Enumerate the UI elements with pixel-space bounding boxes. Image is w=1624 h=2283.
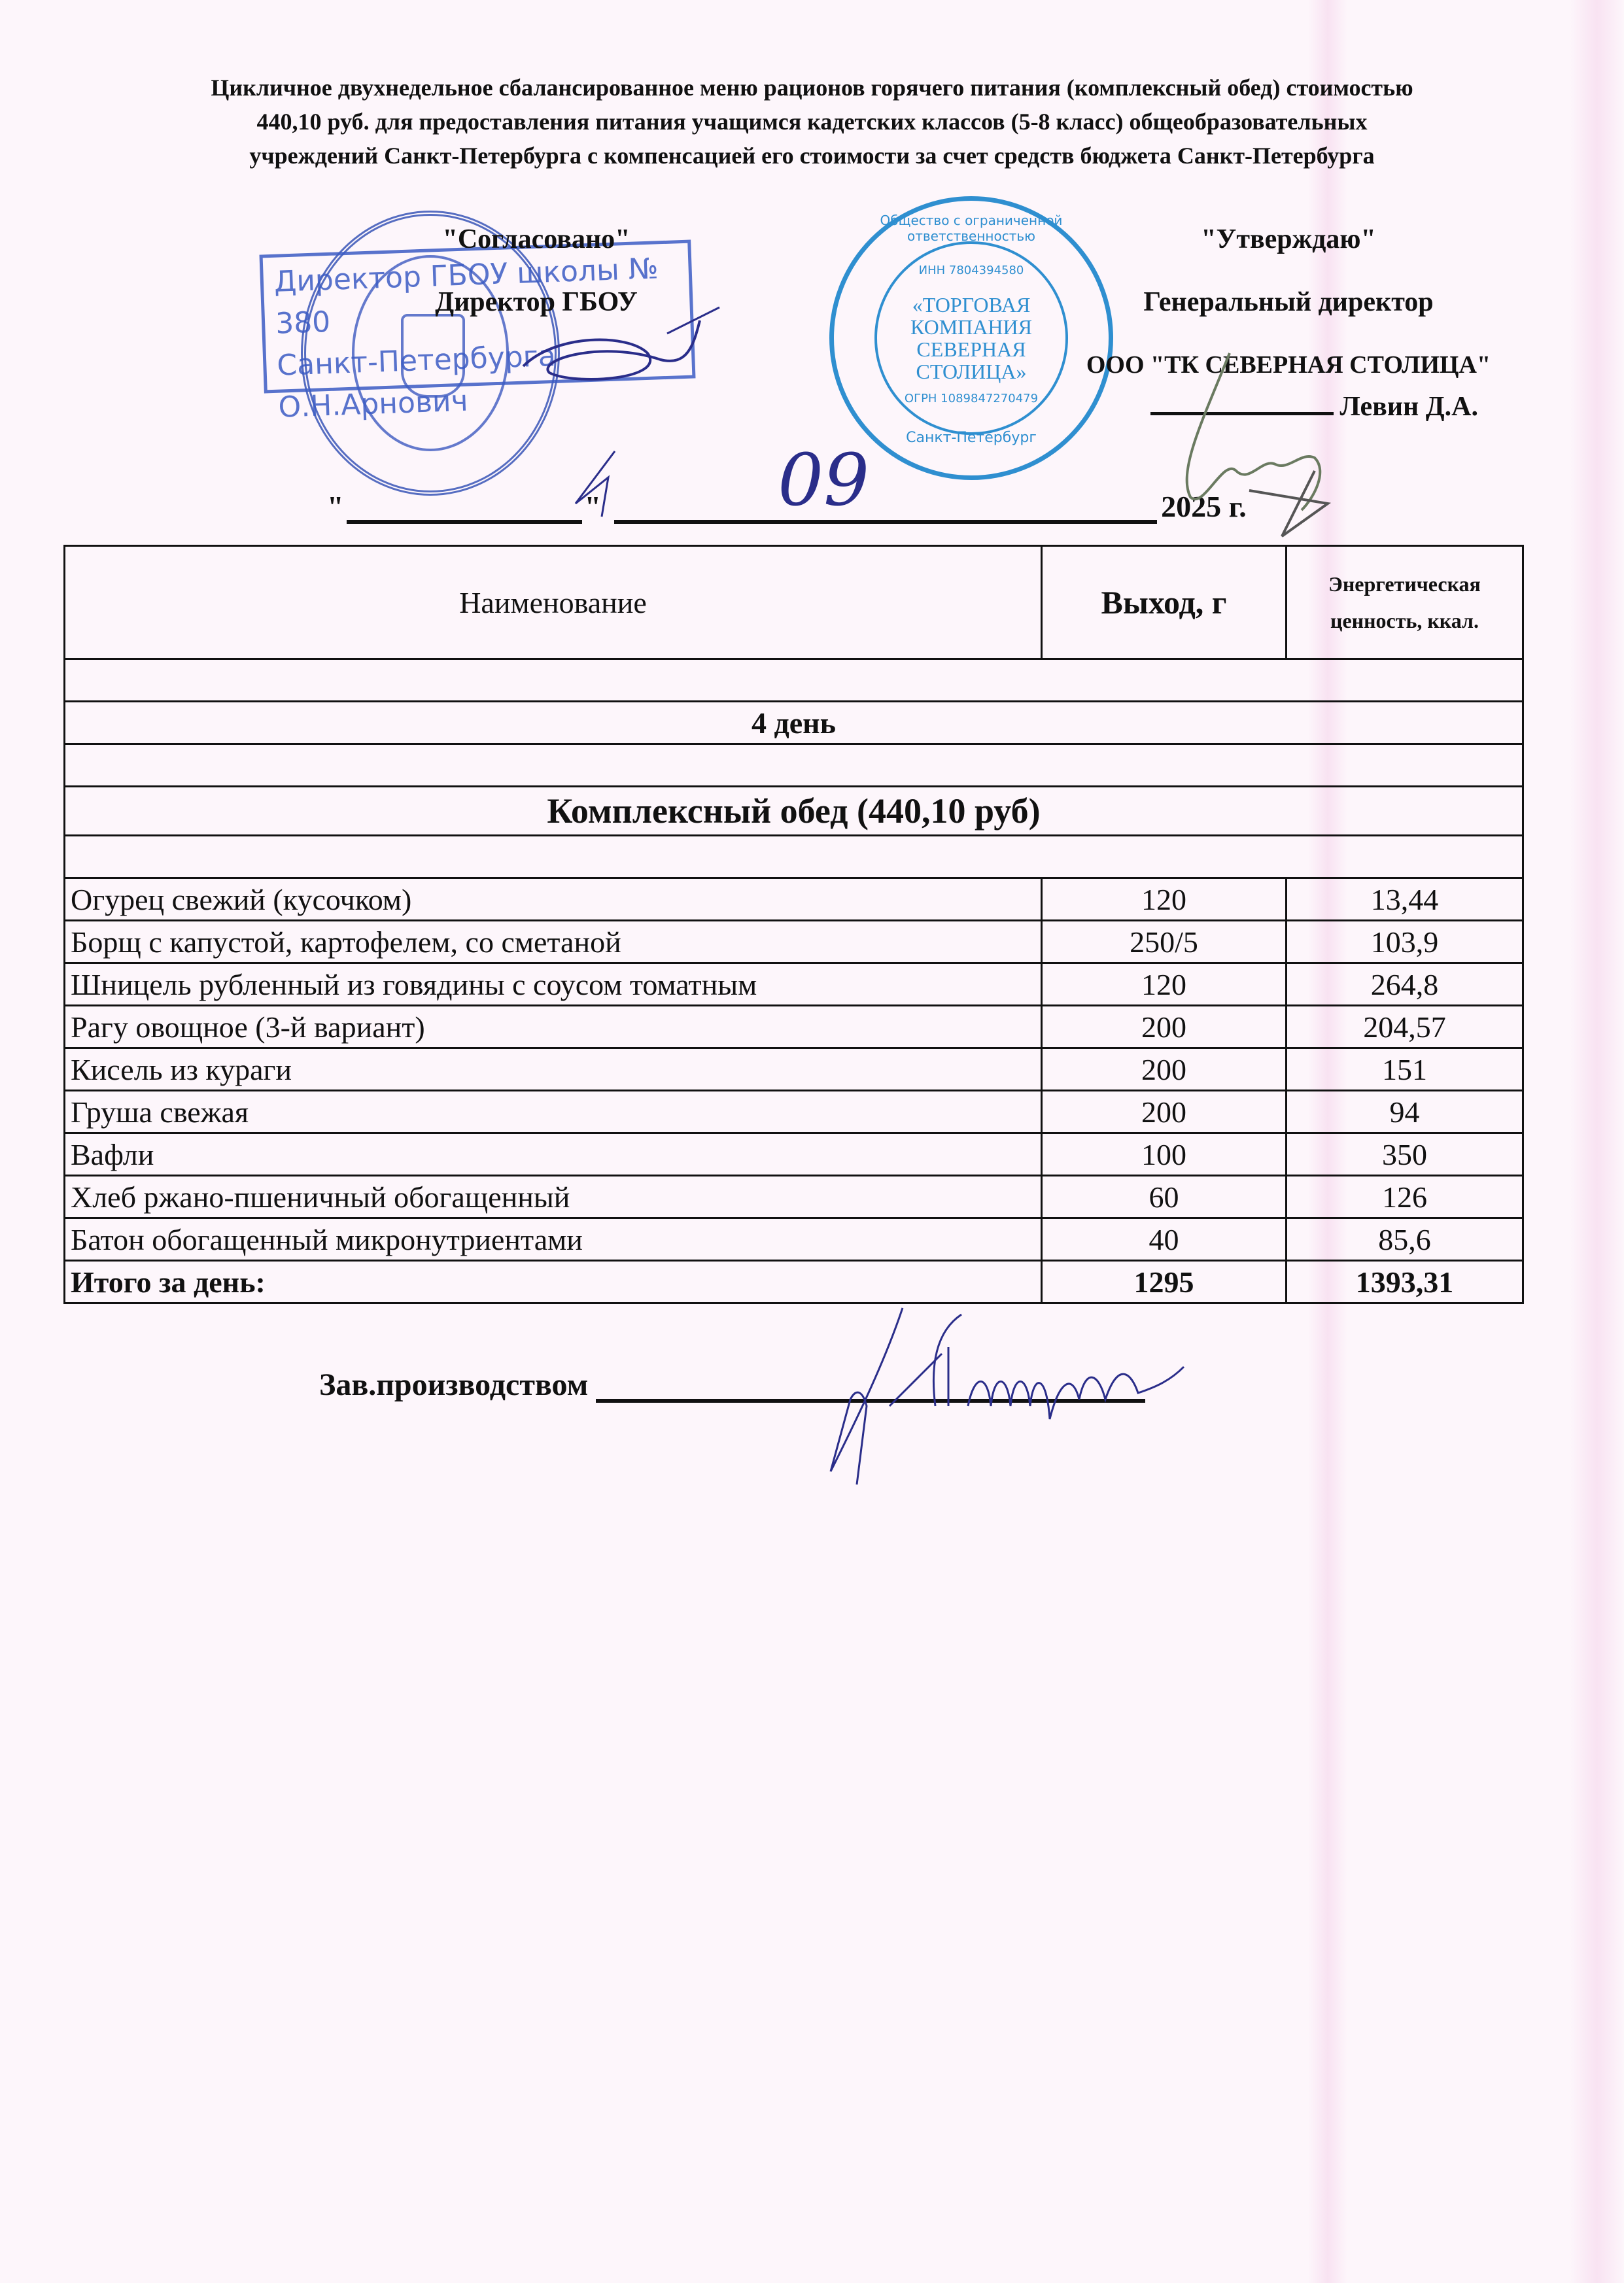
- item-name: Борщ с капустой, картофелем, со сметаной: [65, 921, 1042, 963]
- item-yield: 60: [1042, 1176, 1287, 1218]
- item-energy: 264,8: [1287, 963, 1523, 1006]
- title-line: 440,10 руб. для предоставления питания у…: [39, 105, 1585, 139]
- item-energy: 126: [1287, 1176, 1523, 1218]
- total-row: Итого за день: 1295 1393,31: [65, 1261, 1523, 1303]
- item-energy: 13,44: [1287, 878, 1523, 921]
- general-director-signature: [1151, 340, 1347, 536]
- table-row: Шницель рубленный из говядины с соусом т…: [65, 963, 1523, 1006]
- item-energy: 204,57: [1287, 1006, 1523, 1048]
- table-row: Огурец свежий (кусочком)12013,44: [65, 878, 1523, 921]
- item-name: Хлеб ржано-пшеничный обогащенный: [65, 1176, 1042, 1218]
- menu-table: Наименование Выход, г Энергетическая цен…: [63, 545, 1524, 1304]
- table-row: Кисель из кураги200151: [65, 1048, 1523, 1091]
- item-energy: 103,9: [1287, 921, 1523, 963]
- table-row: Хлеб ржано-пшеничный обогащенный60126: [65, 1176, 1523, 1218]
- meal-label: Комплексный обед (440,10 руб): [65, 787, 1523, 836]
- item-energy: 85,6: [1287, 1218, 1523, 1261]
- total-energy: 1393,31: [1287, 1261, 1523, 1303]
- approval-date: ""092025 г.: [327, 487, 1247, 524]
- item-name: Рагу овощное (3-й вариант): [65, 1006, 1042, 1048]
- item-yield: 120: [1042, 878, 1287, 921]
- item-name: Шницель рубленный из говядины с соусом т…: [65, 963, 1042, 1006]
- production-head-label: Зав.производством: [319, 1367, 588, 1402]
- title-line: учреждений Санкт-Петербурга с компенсаци…: [39, 139, 1585, 173]
- item-name: Огурец свежий (кусочком): [65, 878, 1042, 921]
- table-row: Рагу овощное (3-й вариант)200204,57: [65, 1006, 1523, 1048]
- document-title: Цикличное двухнедельное сбалансированное…: [39, 71, 1585, 173]
- header-energy-line: Энергетическая: [1292, 566, 1517, 602]
- handwritten-month: 09: [778, 444, 869, 516]
- menu-items: Огурец свежий (кусочком)12013,44Борщ с к…: [65, 878, 1523, 1261]
- item-yield: 40: [1042, 1218, 1287, 1261]
- item-yield: 250/5: [1042, 921, 1287, 963]
- item-name: Кисель из кураги: [65, 1048, 1042, 1091]
- total-yield: 1295: [1042, 1261, 1287, 1303]
- stamp-city: Санкт-Петербург: [834, 430, 1109, 446]
- item-energy: 94: [1287, 1091, 1523, 1133]
- item-yield: 100: [1042, 1133, 1287, 1176]
- item-yield: 120: [1042, 963, 1287, 1006]
- item-yield: 200: [1042, 1006, 1287, 1048]
- table-header-row: Наименование Выход, г Энергетическая цен…: [65, 546, 1523, 659]
- total-label: Итого за день:: [65, 1261, 1042, 1303]
- header-name: Наименование: [65, 546, 1042, 659]
- scan-artifact-band: [1570, 0, 1624, 2283]
- spacer-row: [65, 659, 1523, 702]
- header-yield: Выход, г: [1042, 546, 1287, 659]
- title-line: Цикличное двухнедельное сбалансированное…: [39, 71, 1585, 105]
- approval-heading: "Согласовано": [340, 208, 733, 271]
- item-name: Вафли: [65, 1133, 1042, 1176]
- table-row: Борщ с капустой, картофелем, со сметаной…: [65, 921, 1523, 963]
- meal-row: Комплексный обед (440,10 руб): [65, 787, 1523, 836]
- item-energy: 350: [1287, 1133, 1523, 1176]
- item-yield: 200: [1042, 1048, 1287, 1091]
- item-yield: 200: [1042, 1091, 1287, 1133]
- director-signature: [497, 281, 733, 517]
- production-head-signature-ink: [752, 1301, 1406, 1498]
- spacer-row: [65, 836, 1523, 878]
- header-energy-line: ценность, ккал.: [1292, 602, 1517, 639]
- spacer-row: [65, 744, 1523, 787]
- item-energy: 151: [1287, 1048, 1523, 1091]
- table-row: Вафли100350: [65, 1133, 1523, 1176]
- item-name: Батон обогащенный микронутриентами: [65, 1218, 1042, 1261]
- approval-heading: "Утверждаю": [1060, 208, 1517, 271]
- approval-position: Генеральный директор: [1060, 271, 1517, 334]
- item-name: Груша свежая: [65, 1091, 1042, 1133]
- approver-name: Левин Д.А.: [1340, 392, 1478, 422]
- header-energy: Энергетическая ценность, ккал.: [1287, 546, 1523, 659]
- table-row: Груша свежая20094: [65, 1091, 1523, 1133]
- day-row: 4 день: [65, 702, 1523, 744]
- day-label: 4 день: [65, 702, 1523, 744]
- quote-open: ": [327, 489, 344, 524]
- table-row: Батон обогащенный микронутриентами4085,6: [65, 1218, 1523, 1261]
